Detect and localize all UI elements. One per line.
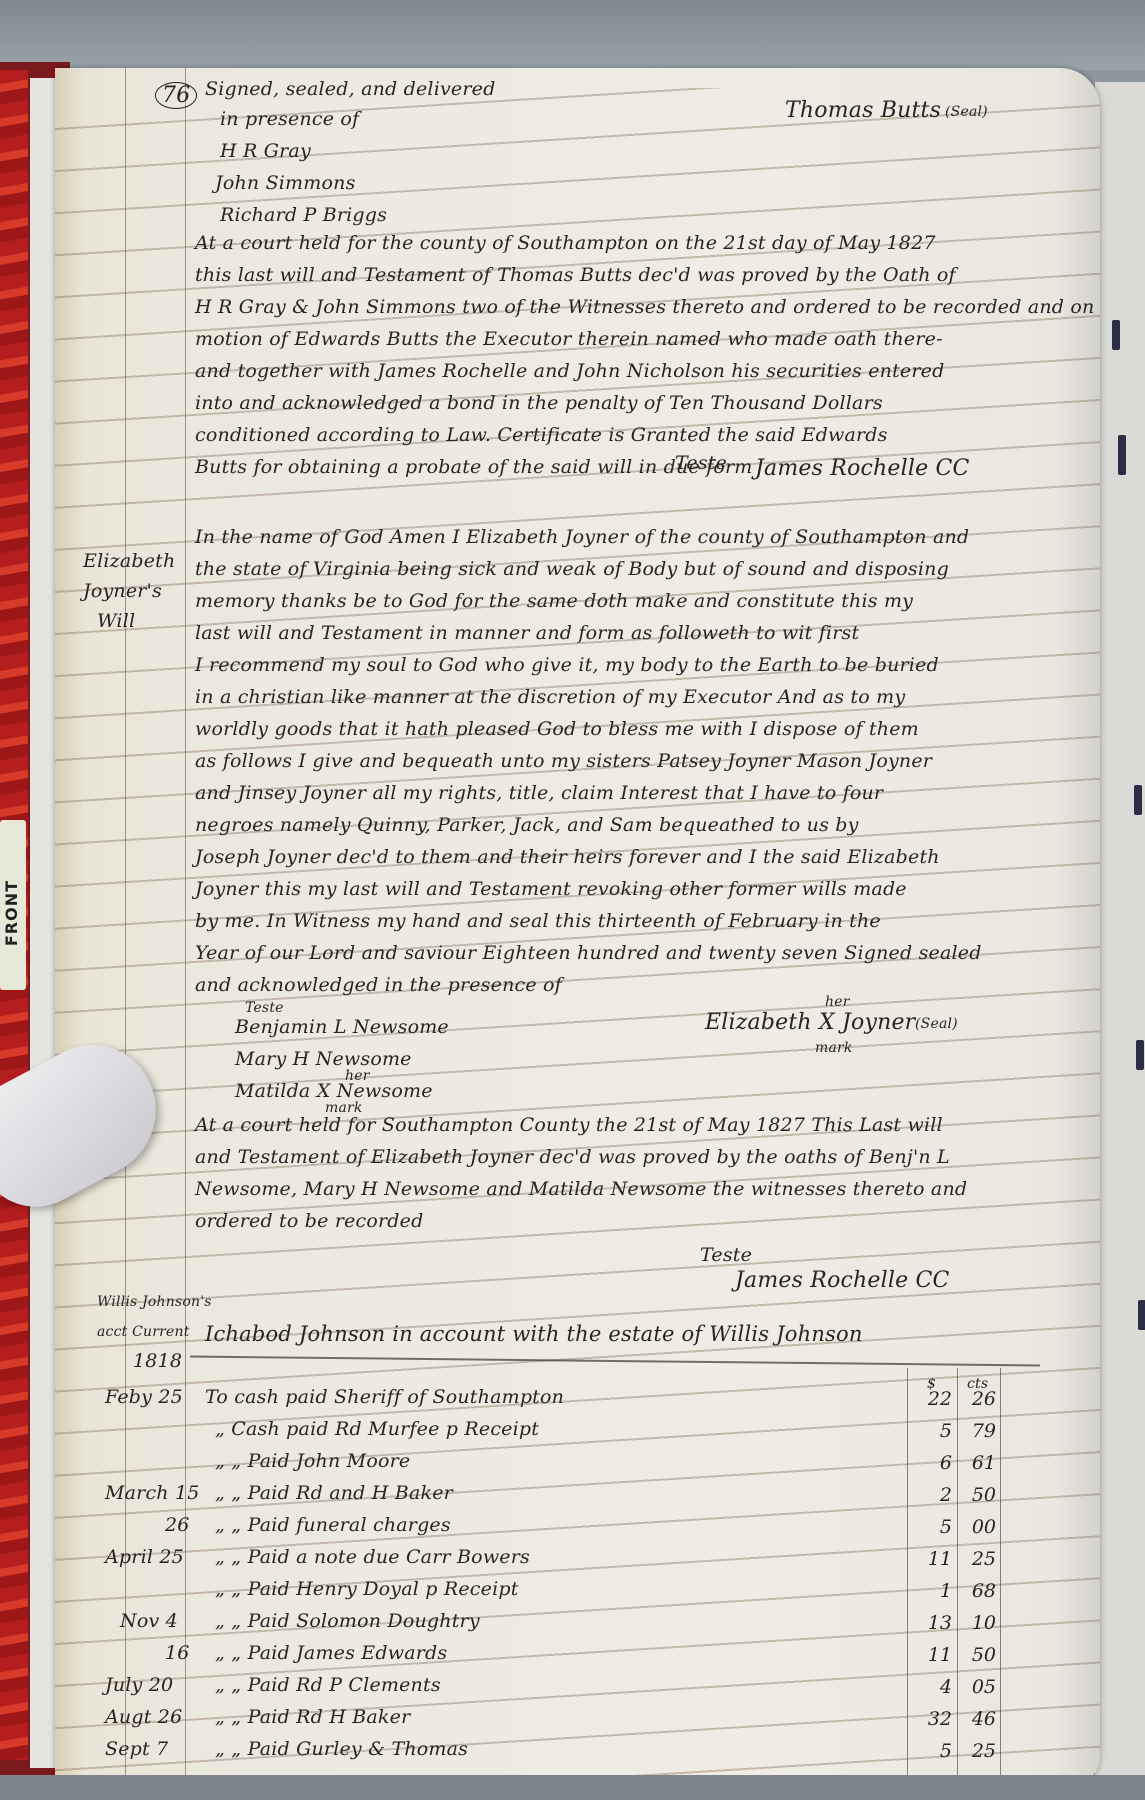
clerk-signature: James Rochelle CC — [735, 1268, 950, 1293]
row-dollars: 6 — [910, 1452, 952, 1474]
row-description: „ „ Paid funeral charges — [215, 1514, 451, 1536]
index-tab — [1118, 435, 1126, 475]
cents-column-rule — [957, 1368, 958, 1786]
row-description: „ „ Paid James Edwards — [215, 1642, 447, 1664]
row-dollars: 11 — [910, 1548, 952, 1570]
facing-page-edge — [1095, 82, 1145, 1782]
row-cents: 10 — [960, 1612, 996, 1634]
teste-label: Teste — [700, 1244, 752, 1266]
margin-note: acct Current — [97, 1324, 190, 1340]
testator-signature: Elizabeth X Joyner — [705, 1010, 915, 1035]
row-description: „ „ Paid John Moore — [215, 1450, 410, 1472]
probate-line: conditioned according to Law. Certificat… — [195, 424, 888, 446]
page-number: 76 — [155, 82, 197, 109]
background-bottom — [0, 1775, 1145, 1800]
teste-label: Teste — [675, 452, 727, 474]
row-dollars: 5 — [910, 1740, 952, 1762]
witness-name: Mary H Newsome — [235, 1048, 412, 1070]
endpaper — [30, 78, 58, 1768]
row-cents: 68 — [960, 1580, 996, 1602]
row-dollars: 4 — [910, 1676, 952, 1698]
row-dollars: 5 — [910, 1516, 952, 1538]
row-date: Nov 4 — [120, 1610, 178, 1632]
margin-note: Joyner's — [83, 580, 162, 602]
background-top — [0, 0, 1145, 70]
probate-line: and Testament of Elizabeth Joyner dec'd … — [195, 1146, 950, 1168]
probate-line: and together with James Rochelle and Joh… — [195, 360, 944, 382]
row-description: „ „ Paid Gurley & Thomas — [215, 1738, 468, 1760]
row-cents: 26 — [960, 1388, 996, 1410]
row-description: „ „ Paid Rd H Baker — [215, 1706, 410, 1728]
probate-line: Newsome, Mary H Newsome and Matilda News… — [195, 1178, 967, 1200]
row-date: Sept 7 — [105, 1738, 168, 1760]
witness-name: H R Gray — [220, 140, 311, 162]
row-dollars: 1 — [910, 1580, 952, 1602]
margin-note: Willis Johnson's — [97, 1294, 212, 1310]
will-line: and acknowledged in the presence of — [195, 974, 562, 996]
will-line: Joyner this my last will and Testament r… — [195, 878, 907, 900]
will-line: the state of Virginia being sick and wea… — [195, 558, 949, 580]
row-date: July 20 — [105, 1674, 173, 1696]
will-line: and Jinsey Joyner all my rights, title, … — [195, 782, 883, 804]
row-dollars: 13 — [910, 1612, 952, 1634]
row-description: To cash paid Sheriff of Southampton — [205, 1386, 564, 1408]
probate-line: H R Gray & John Simmons two of the Witne… — [195, 296, 1094, 318]
attestation-line: in presence of — [220, 108, 359, 130]
teste-label: Teste — [245, 1000, 284, 1016]
row-date: Augt 26 — [105, 1706, 182, 1728]
probate-line: At a court held for Southampton County t… — [195, 1114, 943, 1136]
will-line: last will and Testament in manner and fo… — [195, 622, 859, 644]
index-tab — [1138, 1300, 1145, 1330]
mark-label: her — [825, 994, 850, 1010]
ledger-page: 76 Signed, sealed, and delivered in pres… — [55, 68, 1100, 1786]
row-cents: 61 — [960, 1452, 996, 1474]
row-dollars: 22 — [910, 1388, 952, 1410]
mark-label: mark — [815, 1040, 853, 1056]
witness-name: Matilda X Newsome — [235, 1080, 433, 1102]
row-cents: 50 — [960, 1484, 996, 1506]
witness-name: Richard P Briggs — [220, 204, 387, 226]
row-date: 26 — [165, 1514, 190, 1536]
dollar-column-rule — [907, 1368, 908, 1786]
row-cents: 25 — [960, 1740, 996, 1762]
probate-line: ordered to be recorded — [195, 1210, 423, 1232]
will-line: as follows I give and bequeath unto my s… — [195, 750, 932, 772]
will-line: negroes namely Quinny, Parker, Jack, and… — [195, 814, 859, 836]
row-cents: 46 — [960, 1708, 996, 1730]
margin-note: Will — [97, 610, 135, 632]
seal: (Seal) — [945, 104, 988, 120]
probate-line: At a court held for the county of Southa… — [195, 232, 936, 254]
probate-line: motion of Edwards Butts the Executor the… — [195, 328, 943, 350]
testator-signature: Thomas Butts — [785, 98, 941, 123]
probate-line: into and acknowledged a bond in the pena… — [195, 392, 883, 414]
row-cents: 00 — [960, 1516, 996, 1538]
will-line: memory thanks be to God for the same dot… — [195, 590, 913, 612]
row-date: April 25 — [105, 1546, 184, 1568]
row-dollars: 5 — [910, 1420, 952, 1442]
row-dollars: 11 — [910, 1644, 952, 1666]
will-line: Joseph Joyner dec'd to them and their he… — [195, 846, 940, 868]
probate-line: this last will and Testament of Thomas B… — [195, 264, 956, 286]
seal: (Seal) — [915, 1016, 958, 1032]
will-line: in a christian like manner at the discre… — [195, 686, 905, 708]
account-year: 1818 — [133, 1350, 182, 1372]
will-line: worldly goods that it hath pleased God t… — [195, 718, 919, 740]
row-description: „ Cash paid Rd Murfee p Receipt — [215, 1418, 539, 1440]
will-line: Year of our Lord and saviour Eighteen hu… — [195, 942, 982, 964]
will-line: I recommend my soul to God who give it, … — [195, 654, 939, 676]
probate-line: Butts for obtaining a probate of the sai… — [195, 456, 752, 478]
witness-name: Benjamin L Newsome — [235, 1016, 449, 1038]
row-cents: 25 — [960, 1548, 996, 1570]
amount-end-rule — [1000, 1368, 1001, 1786]
row-cents: 05 — [960, 1676, 996, 1698]
row-cents: 79 — [960, 1420, 996, 1442]
index-tab — [1136, 1040, 1144, 1070]
row-description: „ „ Paid Rd and H Baker — [215, 1482, 453, 1504]
clerk-signature: James Rochelle CC — [755, 456, 970, 481]
row-dollars: 2 — [910, 1484, 952, 1506]
will-line: by me. In Witness my hand and seal this … — [195, 910, 881, 932]
row-description: „ „ Paid Solomon Doughtry — [215, 1610, 480, 1632]
row-dollars: 32 — [910, 1708, 952, 1730]
attestation-line: Signed, sealed, and delivered — [205, 78, 495, 100]
witness-name: John Simmons — [215, 172, 356, 194]
row-date: March 15 — [105, 1482, 200, 1504]
index-tab — [1134, 785, 1142, 815]
row-date: 16 — [165, 1642, 190, 1664]
margin-note: Elizabeth — [83, 550, 175, 572]
row-date: Feby 25 — [105, 1386, 183, 1408]
index-tab — [1112, 320, 1120, 350]
will-line: In the name of God Amen I Elizabeth Joyn… — [195, 526, 969, 548]
row-cents: 50 — [960, 1644, 996, 1666]
account-heading: Ichabod Johnson in account with the esta… — [205, 1322, 863, 1346]
margin-rule — [125, 68, 126, 1786]
row-description: „ „ Paid Rd P Clements — [215, 1674, 441, 1696]
sticker-label: FRONT — [2, 880, 24, 946]
row-description: „ „ Paid Henry Doyal p Receipt — [215, 1578, 519, 1600]
row-description: „ „ Paid a note due Carr Bowers — [215, 1546, 530, 1568]
